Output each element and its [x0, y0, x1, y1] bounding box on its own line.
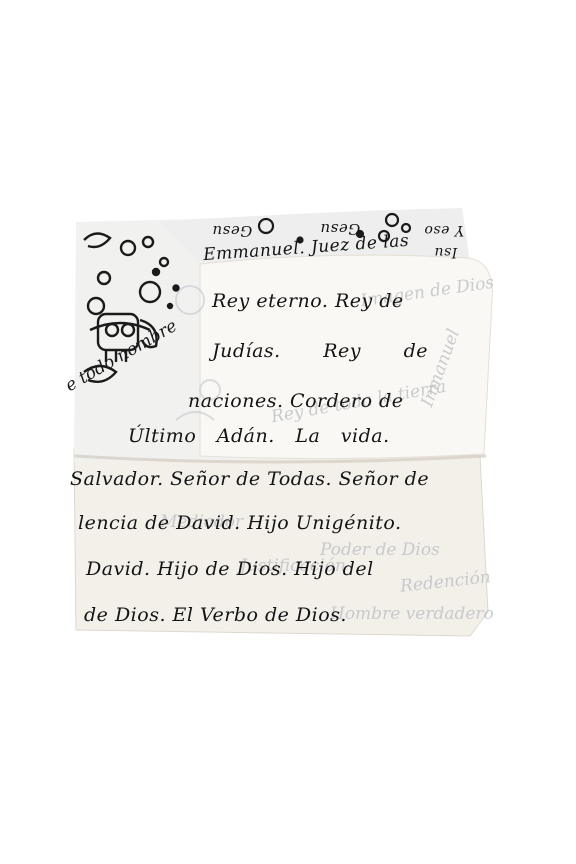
front-line: Rey eterno. Rey de [212, 290, 404, 312]
lower-line: Salvador. Señor de Todas. Señor de [70, 468, 429, 490]
ghost-line: Hombre verdadero [330, 604, 494, 624]
flap-word: Y eso [424, 222, 464, 238]
lower-line: de Dios. El Verbo de Dios. [84, 604, 347, 626]
front-line: Judías. Rey de [212, 340, 428, 362]
lower-line: David. Hijo de Dios. Hijo del [86, 558, 374, 580]
flap-word: Isu [434, 244, 457, 260]
lower-line: lencia de David. Hijo Unigénito. [78, 512, 402, 534]
flap-word: Gesu [212, 222, 252, 240]
front-line: naciones. Cordero de [188, 390, 403, 412]
front-line: Último Adán. La vida. [128, 425, 390, 447]
